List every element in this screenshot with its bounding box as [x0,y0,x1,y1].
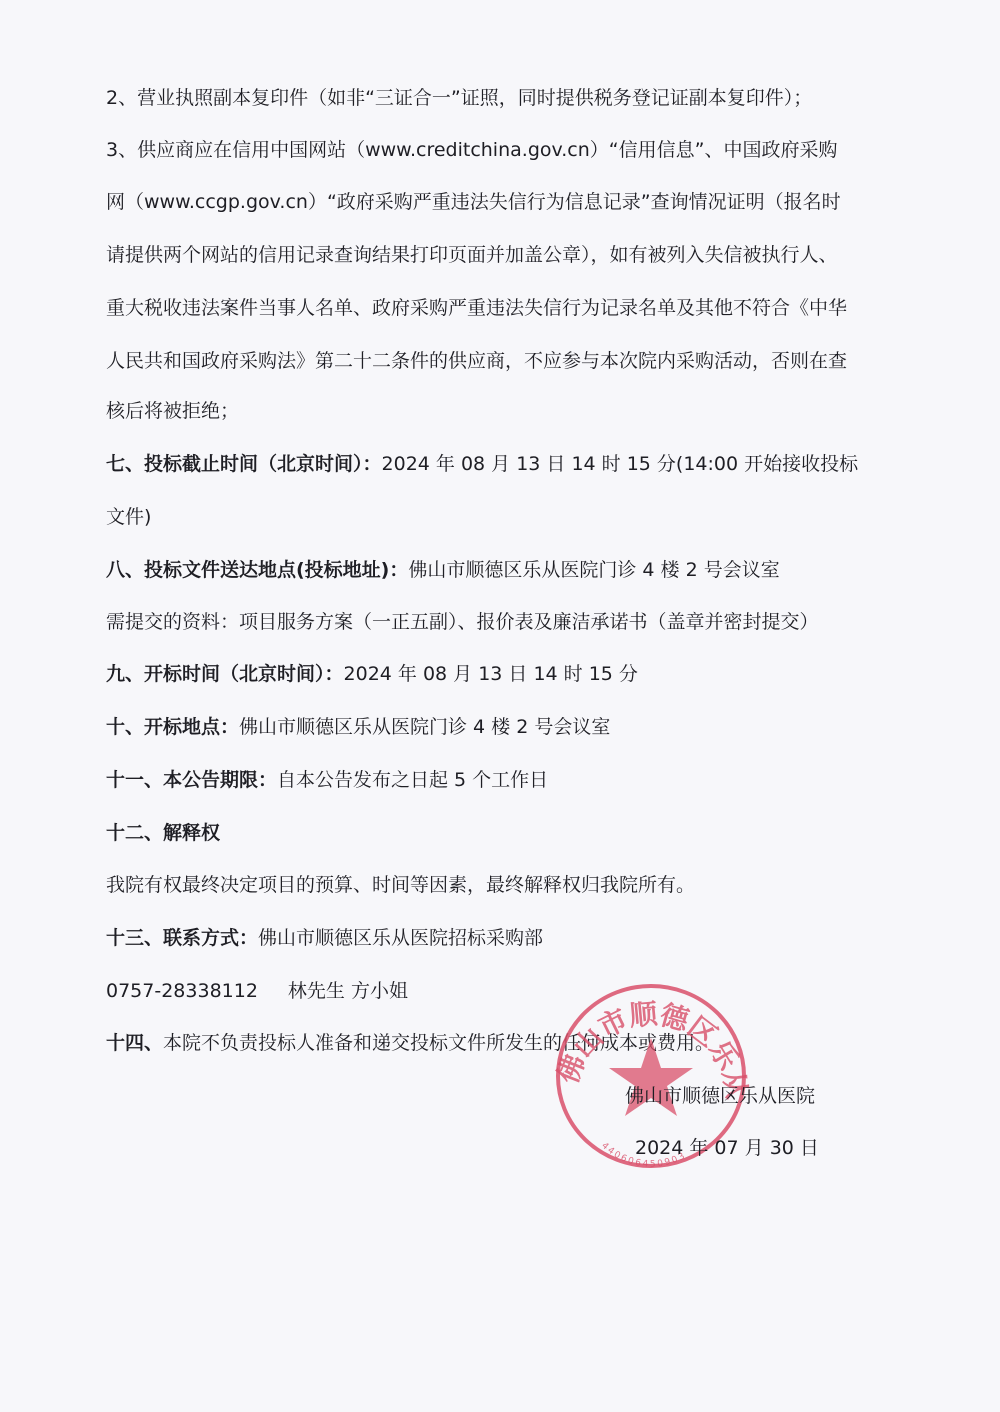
section-value: 佛山市顺德区乐从医院门诊 4 楼 2 号会议室 [239,716,610,738]
section-value: 佛山市顺德区乐从医院门诊 4 楼 2 号会议室 [408,559,779,581]
paragraph-line: 请提供两个网站的信用记录查询结果打印页面并加盖公章），如有被列入失信被执行人、 [106,243,838,267]
section-bid-deadline: 七、投标截止时间（北京时间）：2024 年 08 月 13 日 14 时 15 … [106,452,858,476]
section-heading: 十、开标地点： [106,716,239,738]
section-heading: 九、开标时间（北京时间）： [106,663,344,685]
paragraph-line: 核后将被拒绝； [106,399,239,423]
contact-people: 林先生 方小姐 [288,980,408,1002]
paragraph-line: 3、供应商应在信用中国网站（www.creditchina.gov.cn）“信用… [106,138,837,162]
section-bid-location: 八、投标文件送达地点(投标地址)：佛山市顺德区乐从医院门诊 4 楼 2 号会议室 [106,558,780,582]
paragraph-line: 人民共和国政府采购法》第二十二条件的供应商，不应参与本次院内采购活动，否则在查 [106,349,847,373]
section-interpretation-heading: 十二、解释权 [106,821,220,845]
paragraph-line: 重大税收违法案件当事人名单、政府采购严重违法失信行为记录名单及其他不符合《中华 [106,296,847,320]
contact-line: 0757-28338112林先生 方小姐 [106,979,408,1003]
section-heading: 十一、本公告期限： [106,769,277,791]
paragraph-line: 需提交的资料：项目服务方案（一正五副）、报价表及廉洁承诺书（盖章并密封提交） [106,610,819,634]
signature-date: 2024 年 07 月 30 日 [635,1136,819,1160]
section-notice-period: 十一、本公告期限：自本公告发布之日起 5 个工作日 [106,768,548,792]
section-opening-location: 十、开标地点：佛山市顺德区乐从医院门诊 4 楼 2 号会议室 [106,715,610,739]
paragraph-line: 2、营业执照副本复印件（如非“三证合一”证照，同时提供税务登记证副本复印件）； [106,86,812,110]
section-disclaimer: 十四、本院不负责投标人准备和递交投标文件所发生的任何成本或费用。 [106,1031,714,1055]
signature-organization: 佛山市顺德区乐从医院 [625,1084,815,1108]
section-heading: 十三、联系方式： [106,927,258,949]
section-contact: 十三、联系方式：佛山市顺德区乐从医院招标采购部 [106,926,543,950]
section-opening-time: 九、开标时间（北京时间）：2024 年 08 月 13 日 14 时 15 分 [106,662,638,686]
paragraph-line: 网（www.ccgp.gov.cn）“政府采购严重违法失信行为信息记录”查询情况… [106,190,841,214]
section-value: 2024 年 08 月 13 日 14 时 15 分 [344,663,638,685]
section-value: 本院不负责投标人准备和递交投标文件所发生的任何成本或费用。 [163,1032,714,1054]
section-value: 自本公告发布之日起 5 个工作日 [277,769,548,791]
paragraph-line: 文件) [106,505,151,529]
section-heading: 七、投标截止时间（北京时间）： [106,453,382,475]
contact-phone: 0757-28338112 [106,980,258,1002]
section-value: 佛山市顺德区乐从医院招标采购部 [258,927,543,949]
paragraph-line: 我院有权最终决定项目的预算、时间等因素，最终解释权归我院所有。 [106,873,695,897]
section-value: 2024 年 08 月 13 日 14 时 15 分(14:00 开始接收投标 [382,453,859,475]
section-heading: 十四、 [106,1032,163,1054]
section-heading: 八、投标文件送达地点(投标地址)： [106,559,408,581]
